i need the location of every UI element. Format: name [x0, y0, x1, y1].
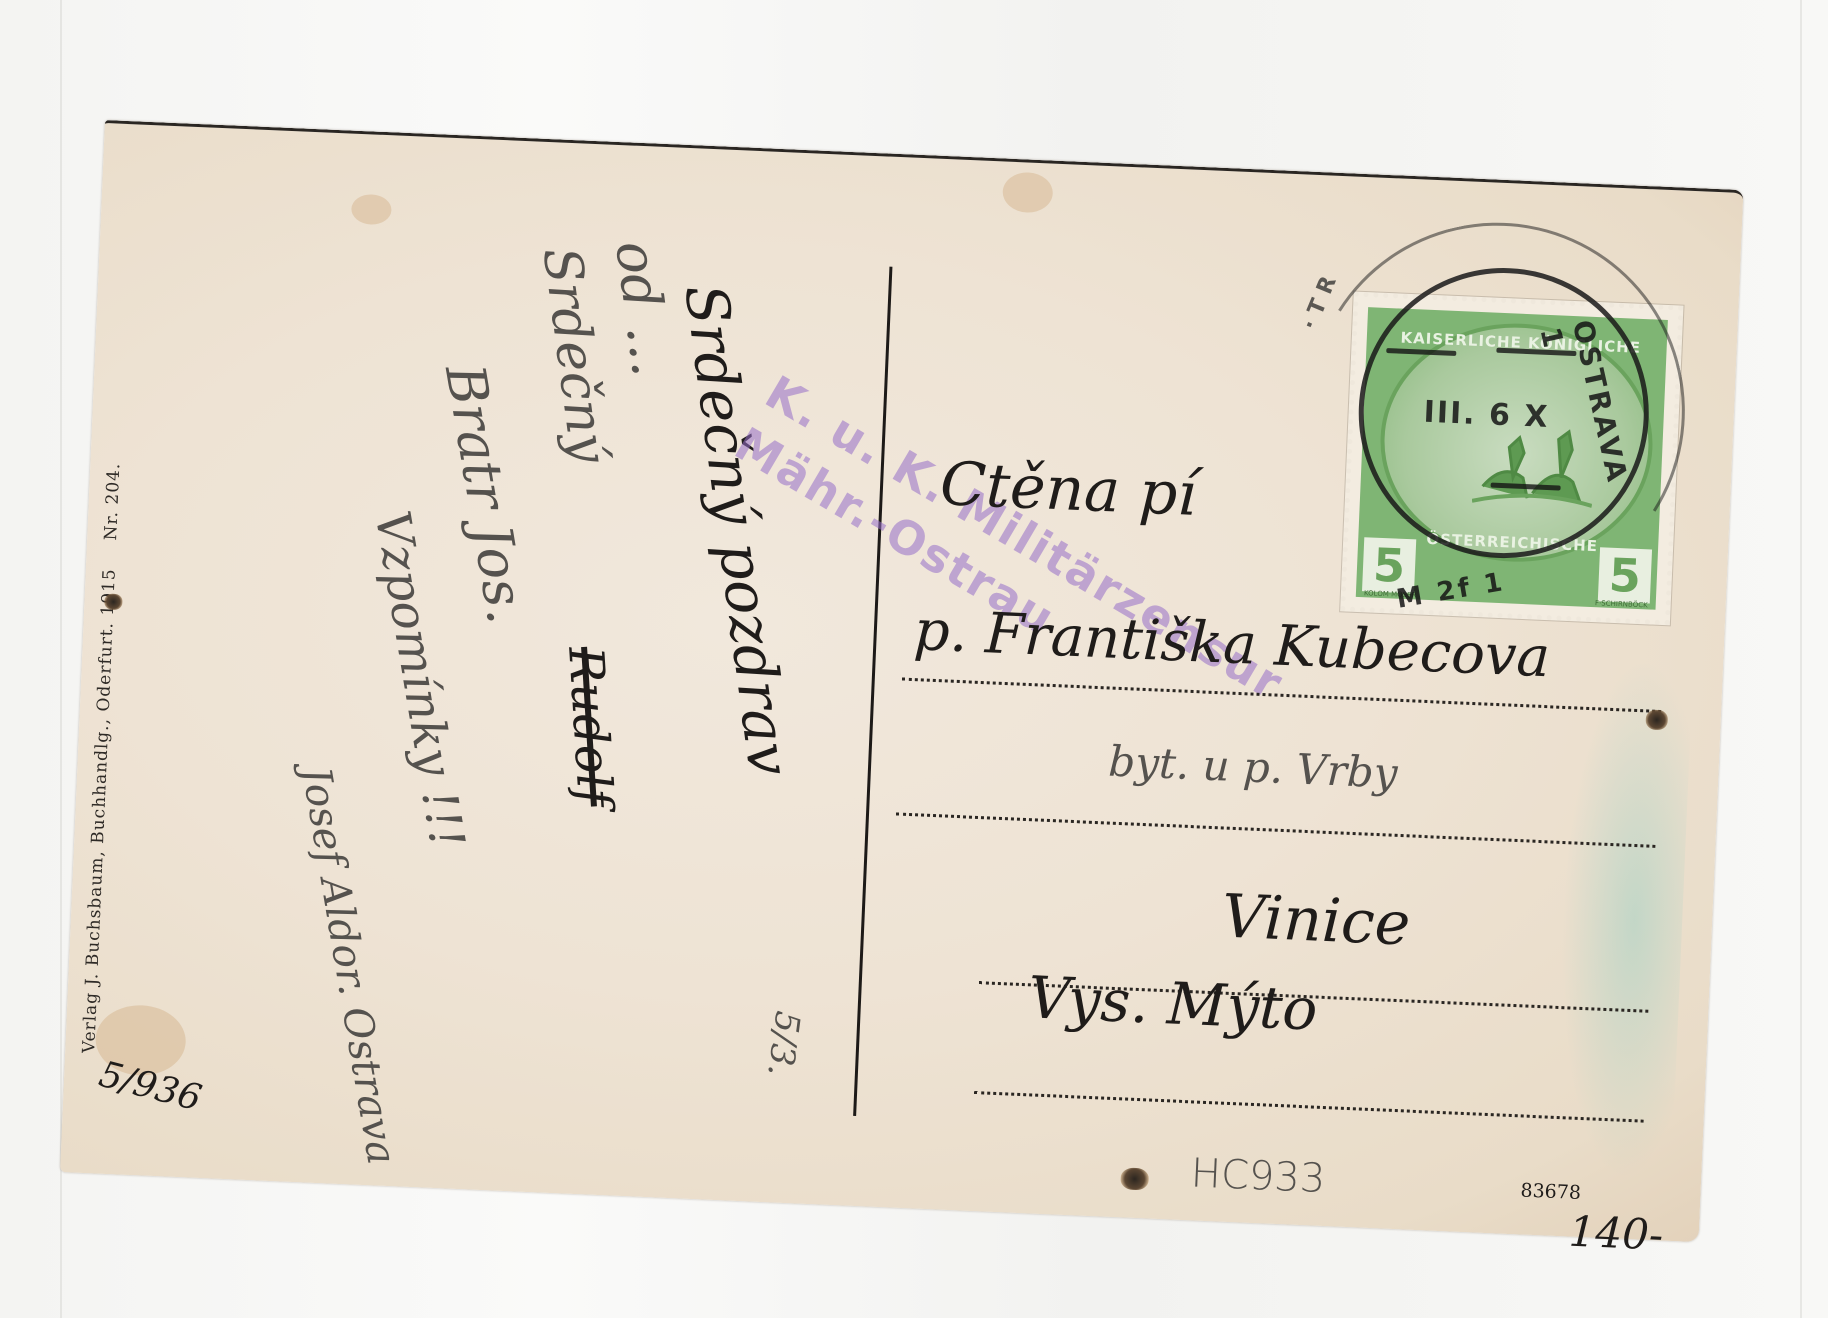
stamp-designer-right: F·SCHIRNBÖCK [1595, 599, 1648, 609]
postcard: Verlag J. Buchsbaum, Buchhandlg., Oderfu… [60, 120, 1744, 1242]
address-salutation: Ctěna pí [939, 449, 1198, 530]
address-line-2-text: byt. u p. Vrby [1107, 737, 1398, 798]
publisher-text: Verlag J. Buchsbaum, Buchhandlg., Oderfu… [79, 568, 120, 1054]
message-sender: Josef Aldor. Ostrava [292, 764, 404, 1168]
teal-stain [1551, 656, 1693, 1181]
message-note-date: 5/3. [759, 1009, 807, 1079]
address-district: Vys. Mýto [1027, 963, 1319, 1043]
address-line-4 [974, 1091, 1644, 1123]
message-line-3: Srdečný [531, 244, 619, 467]
burn-mark [1645, 709, 1668, 730]
message-line-2: od ... [603, 237, 683, 380]
publisher-imprint: Verlag J. Buchsbaum, Buchhandlg., Oderfu… [79, 194, 136, 1054]
message-line-5: Vzpomínky !!! [364, 507, 476, 852]
message-line-4: Bratr Jos. [433, 360, 538, 628]
address-town: Vinice [1220, 882, 1411, 960]
archive-code: HC933 [1190, 1150, 1326, 1202]
burn-mark [1120, 1167, 1149, 1190]
foxing-spot [351, 194, 392, 226]
foxing-spot [1002, 171, 1054, 213]
message-crossed-out: Rudolf [557, 645, 623, 808]
message-line-1: Srdečný pozdrav [671, 280, 803, 779]
background-streak [1800, 0, 1802, 1318]
address-divider [853, 267, 892, 1116]
price-annotation: 140- [1568, 1207, 1664, 1260]
postmark-date: III. 6 X [1423, 395, 1550, 435]
card-number: 83678 [1520, 1179, 1581, 1204]
burn-mark [104, 593, 123, 610]
publisher-number: Nr. 204. [101, 462, 124, 541]
address-line-2 [896, 812, 1655, 847]
censor-cachet: K. u. K. Militärzensur Mähr.-Ostrau [724, 362, 1302, 770]
